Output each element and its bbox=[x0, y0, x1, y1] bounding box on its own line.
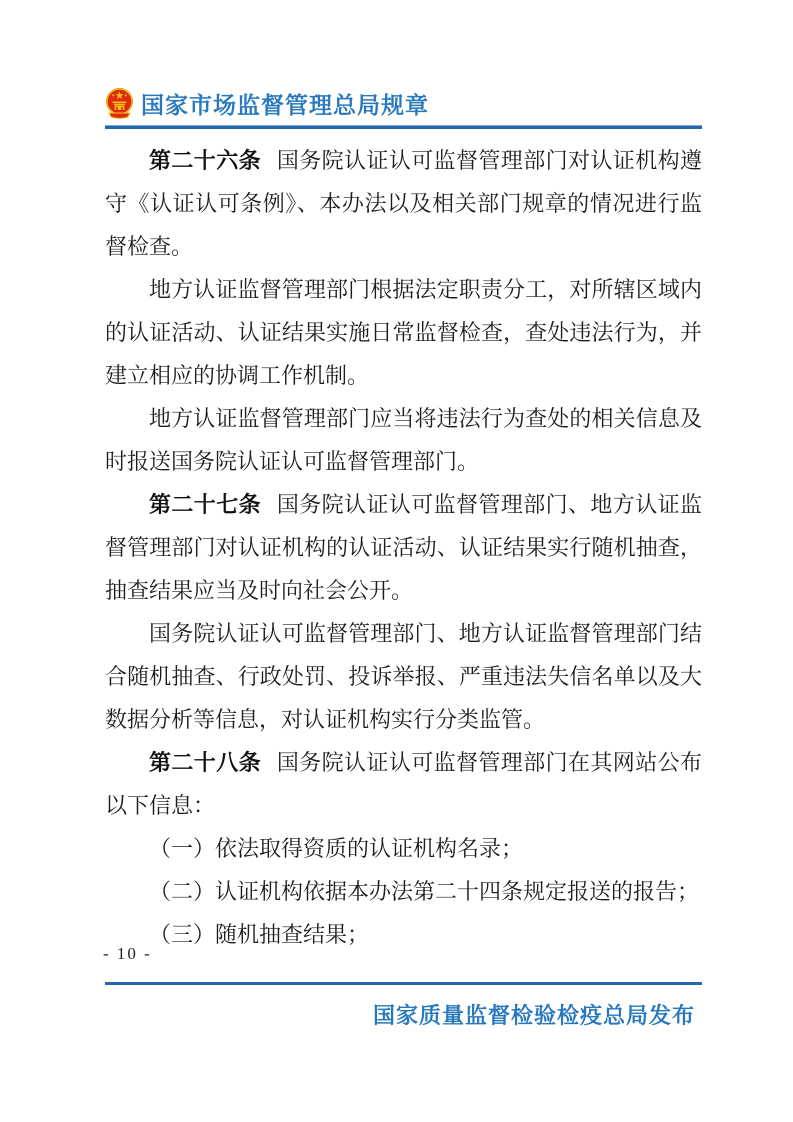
paragraph-text: 地方认证监督管理部门根据法定职责分工，对所辖区域内的认证活动、认证结果实施日常监… bbox=[105, 277, 702, 388]
paragraph-text: （二）认证机构依据本办法第二十四条规定报送的报告； bbox=[149, 879, 699, 904]
paragraph: 地方认证监督管理部门根据法定职责分工，对所辖区域内的认证活动、认证结果实施日常监… bbox=[105, 268, 702, 397]
paragraph-text: （一）依法取得资质的认证机构名录； bbox=[149, 836, 523, 861]
paragraph-article-26: 第二十六条国务院认证认可监督管理部门对认证机构遵守《认证认可条例》、本办法以及相… bbox=[105, 139, 702, 268]
paragraph-text: 地方认证监督管理部门应当将违法行为查处的相关信息及时报送国务院认证认可监督管理部… bbox=[105, 406, 702, 474]
document-body: 第二十六条国务院认证认可监督管理部门对认证机构遵守《认证认可条例》、本办法以及相… bbox=[105, 139, 702, 956]
list-item-3: （三）随机抽查结果； bbox=[105, 913, 702, 956]
article-number: 第二十七条 bbox=[149, 492, 261, 517]
paragraph-article-28: 第二十八条国务院认证认可监督管理部门在其网站公布以下信息： bbox=[105, 741, 702, 827]
footer-publisher: 国家质量监督检验检疫总局发布 bbox=[105, 999, 695, 1030]
article-number: 第二十八条 bbox=[149, 750, 261, 775]
page-header: 国家市场监督管理总局规章 bbox=[105, 84, 702, 122]
document-page: 国家市场监督管理总局规章 第二十六条国务院认证认可监督管理部门对认证机构遵守《认… bbox=[0, 0, 793, 1122]
list-item-2: （二）认证机构依据本办法第二十四条规定报送的报告； bbox=[105, 870, 702, 913]
paragraph: 国务院认证认可监督管理部门、地方认证监督管理部门结合随机抽查、行政处罚、投诉举报… bbox=[105, 612, 702, 741]
paragraph-article-27: 第二十七条国务院认证认可监督管理部门、地方认证监督管理部门对认证机构的认证活动、… bbox=[105, 483, 702, 612]
footer-divider bbox=[105, 982, 702, 985]
page-number: - 10 - bbox=[103, 944, 152, 964]
paragraph-text: （三）随机抽查结果； bbox=[149, 922, 369, 947]
header-divider bbox=[105, 125, 702, 129]
article-number: 第二十六条 bbox=[149, 148, 261, 173]
paragraph: 地方认证监督管理部门应当将违法行为查处的相关信息及时报送国务院认证认可监督管理部… bbox=[105, 397, 702, 483]
paragraph-text: 国务院认证认可监督管理部门、地方认证监督管理部门结合随机抽查、行政处罚、投诉举报… bbox=[105, 621, 702, 732]
national-emblem-icon bbox=[105, 86, 134, 121]
header-title: 国家市场监督管理总局规章 bbox=[141, 87, 429, 120]
list-item-1: （一）依法取得资质的认证机构名录； bbox=[105, 827, 702, 870]
